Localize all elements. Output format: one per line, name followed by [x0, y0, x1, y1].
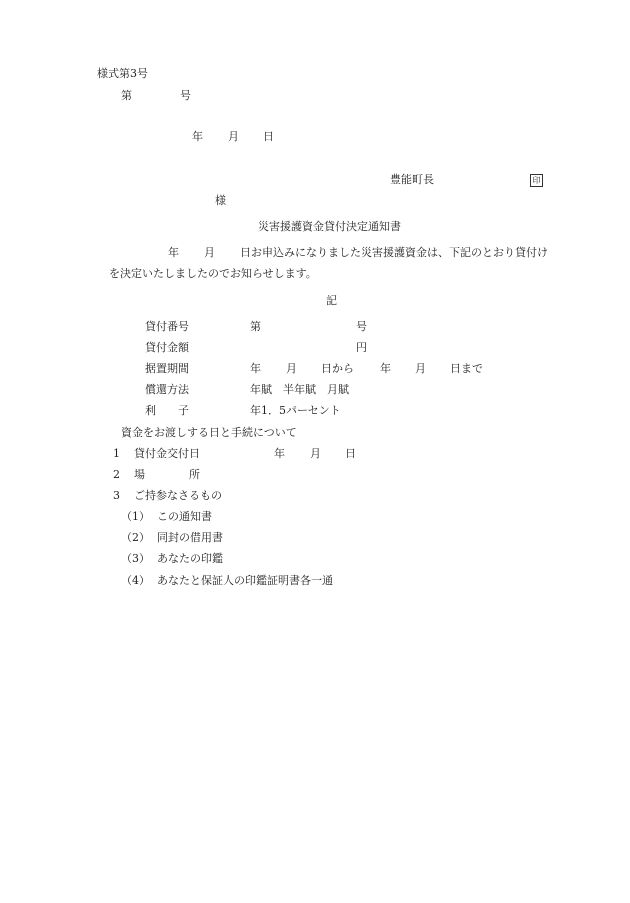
procedure-num-2: 2: [113, 468, 120, 482]
bring-num-2: （2）: [121, 531, 150, 545]
delivery-month: 月: [310, 447, 321, 461]
grace-from-year: 年: [250, 362, 261, 376]
detail-label-repayment: 償還方法: [145, 383, 189, 397]
bring-num-4: （4）: [121, 574, 150, 588]
form-number: 様式第3号: [97, 67, 148, 81]
issuer-title: 豊能町長: [390, 173, 434, 187]
document-title: 災害援護資金貸付決定通知書: [258, 220, 401, 234]
body-line1-text: 日お申込みになりました災害援護資金は、下記のとおり貸付け: [240, 246, 548, 260]
grace-to-month: 月: [415, 362, 426, 376]
seal-icon: 印: [530, 174, 543, 187]
repayment-methods: 年賦 半年賦 月賦: [250, 383, 349, 397]
detail-label-grace-period: 据置期間: [145, 362, 189, 376]
delivery-day: 日: [345, 447, 356, 461]
procedure-label-bring: ご持参なさるもの: [134, 489, 222, 503]
date-day: 日: [263, 130, 274, 144]
grace-from-day: 日から: [321, 362, 354, 376]
addressee-honorific: 様: [215, 194, 226, 208]
body-year: 年: [168, 246, 179, 260]
procedure-label-place: 場 所: [134, 468, 200, 482]
grace-to-day: 日まで: [450, 362, 483, 376]
ki-marker: 記: [326, 294, 337, 308]
loan-number-suffix: 号: [356, 320, 367, 334]
date-year: 年: [192, 130, 203, 144]
detail-label-loan-number: 貸付番号: [145, 320, 189, 334]
procedure-num-1: 1: [113, 447, 120, 461]
bring-item: あなたと保証人の印鑑証明書各一通: [157, 574, 333, 588]
bring-item: あなたの印鑑: [157, 552, 223, 566]
bring-num-1: （1）: [121, 510, 150, 524]
bring-num-3: （3）: [121, 552, 150, 566]
loan-amount-unit: 円: [356, 341, 367, 355]
date-month: 月: [228, 130, 239, 144]
doc-number-prefix: 第: [121, 89, 132, 103]
body-line2: を決定いたしましたのでお知らせします。: [109, 267, 317, 281]
grace-to-year: 年: [380, 362, 391, 376]
body-month: 月: [204, 246, 215, 260]
interest-rate: 年1．5パーセント: [250, 404, 341, 418]
bring-item: 同封の借用書: [157, 531, 223, 545]
procedure-label-delivery-date: 貸付金交付日: [134, 447, 200, 461]
procedure-heading: 資金をお渡しする日と手続について: [121, 426, 297, 440]
bring-item: この通知書: [157, 510, 212, 524]
loan-number-prefix: 第: [250, 320, 261, 334]
detail-label-interest: 利 子: [145, 404, 189, 418]
procedure-num-3: 3: [113, 489, 120, 503]
doc-number-suffix: 号: [180, 89, 191, 103]
detail-label-loan-amount: 貸付金額: [145, 341, 189, 355]
grace-from-month: 月: [286, 362, 297, 376]
delivery-year: 年: [274, 447, 285, 461]
